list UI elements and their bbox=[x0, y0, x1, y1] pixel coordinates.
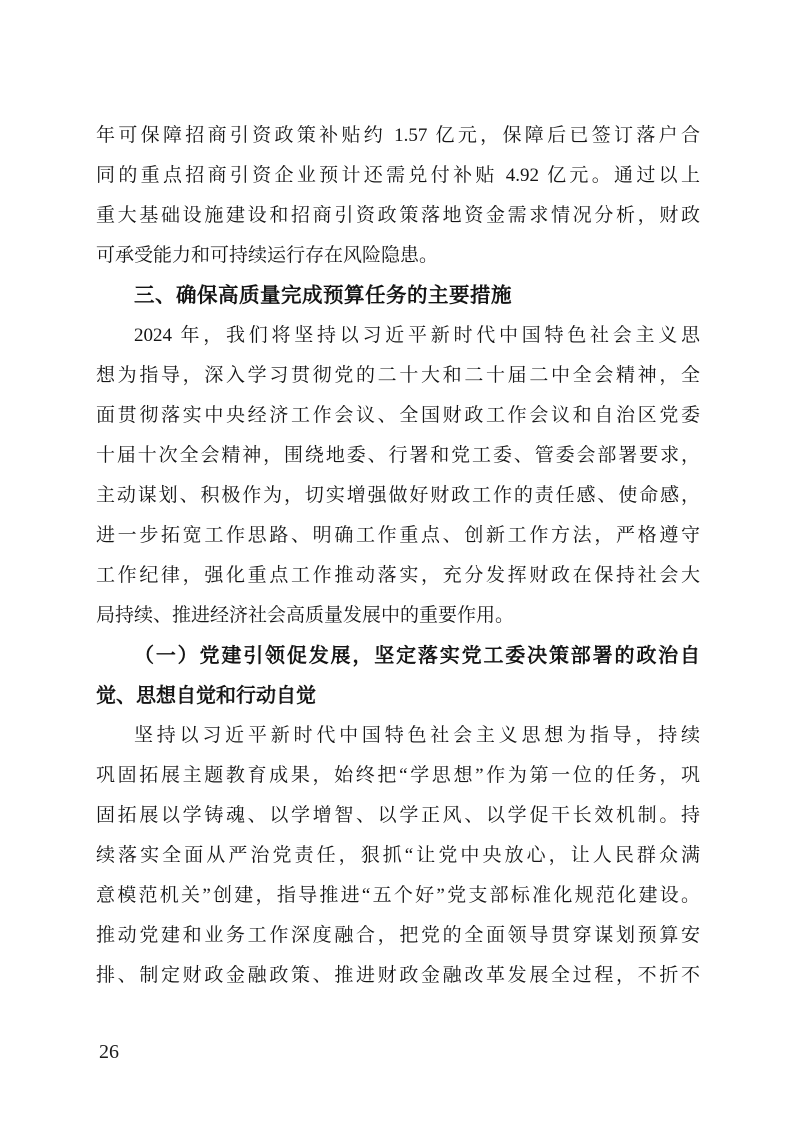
text-line: 想为指导，深入学习贯彻党的二十大和二十届二中全会精神，全 bbox=[96, 356, 700, 396]
body-paragraph-continuation: 年可保障招商引资政策补贴约 1.57 亿元，保障后已签订落户合同的重点招商引资企… bbox=[96, 116, 700, 276]
page-number: 26 bbox=[99, 1032, 119, 1072]
text-line: 可承受能力和可持续运行存在风险隐患。 bbox=[96, 236, 700, 276]
body-paragraph: 2024 年，我们将坚持以习近平新时代中国特色社会主义思想为指导，深入学习贯彻党… bbox=[96, 316, 700, 636]
text-line: 排、制定财政金融政策、推进财政金融改革发展全过程，不折不 bbox=[96, 956, 700, 996]
text-line: 同的重点招商引资企业预计还需兑付补贴 4.92 亿元。通过以上 bbox=[96, 156, 700, 196]
text-line: 工作纪律，强化重点工作推动落实，充分发挥财政在保持社会大 bbox=[96, 556, 700, 596]
text-line: 重大基础设施建设和招商引资政策落地资金需求情况分析，财政 bbox=[96, 196, 700, 236]
text-line: 三、确保高质量完成预算任务的主要措施 bbox=[96, 276, 700, 316]
section-heading: 三、确保高质量完成预算任务的主要措施 bbox=[96, 276, 700, 316]
text-line: 意模范机关”创建，指导推进“五个好”党支部标准化规范化建设。 bbox=[96, 876, 700, 916]
text-line: 觉、思想自觉和行动自觉 bbox=[96, 676, 700, 716]
text-line: 十届十次全会精神，围绕地委、行署和党工委、管委会部署要求， bbox=[96, 436, 700, 476]
body-paragraph: 坚持以习近平新时代中国特色社会主义思想为指导，持续巩固拓展主题教育成果，始终把“… bbox=[96, 716, 700, 996]
page-content: 年可保障招商引资政策补贴约 1.57 亿元，保障后已签订落户合同的重点招商引资企… bbox=[96, 116, 700, 996]
text-line: （一）党建引领促发展，坚定落实党工委决策部署的政治自 bbox=[96, 636, 700, 676]
document-page: 年可保障招商引资政策补贴约 1.57 亿元，保障后已签订落户合同的重点招商引资企… bbox=[0, 0, 793, 1122]
text-line: 续落实全面从严治党责任，狠抓“让党中央放心，让人民群众满 bbox=[96, 836, 700, 876]
text-line: 坚持以习近平新时代中国特色社会主义思想为指导，持续 bbox=[96, 716, 700, 756]
text-line: 固拓展以学铸魂、以学增智、以学正风、以学促干长效机制。持 bbox=[96, 796, 700, 836]
subsection-heading: （一）党建引领促发展，坚定落实党工委决策部署的政治自觉、思想自觉和行动自觉 bbox=[96, 636, 700, 716]
text-line: 局持续、推进经济社会高质量发展中的重要作用。 bbox=[96, 596, 700, 636]
text-line: 2024 年，我们将坚持以习近平新时代中国特色社会主义思 bbox=[96, 316, 700, 356]
text-line: 巩固拓展主题教育成果，始终把“学思想”作为第一位的任务，巩 bbox=[96, 756, 700, 796]
text-line: 面贯彻落实中央经济工作会议、全国财政工作会议和自治区党委 bbox=[96, 396, 700, 436]
text-line: 推动党建和业务工作深度融合，把党的全面领导贯穿谋划预算安 bbox=[96, 916, 700, 956]
text-line: 主动谋划、积极作为，切实增强做好财政工作的责任感、使命感， bbox=[96, 476, 700, 516]
text-line: 年可保障招商引资政策补贴约 1.57 亿元，保障后已签订落户合 bbox=[96, 116, 700, 156]
text-line: 进一步拓宽工作思路、明确工作重点、创新工作方法，严格遵守 bbox=[96, 516, 700, 556]
